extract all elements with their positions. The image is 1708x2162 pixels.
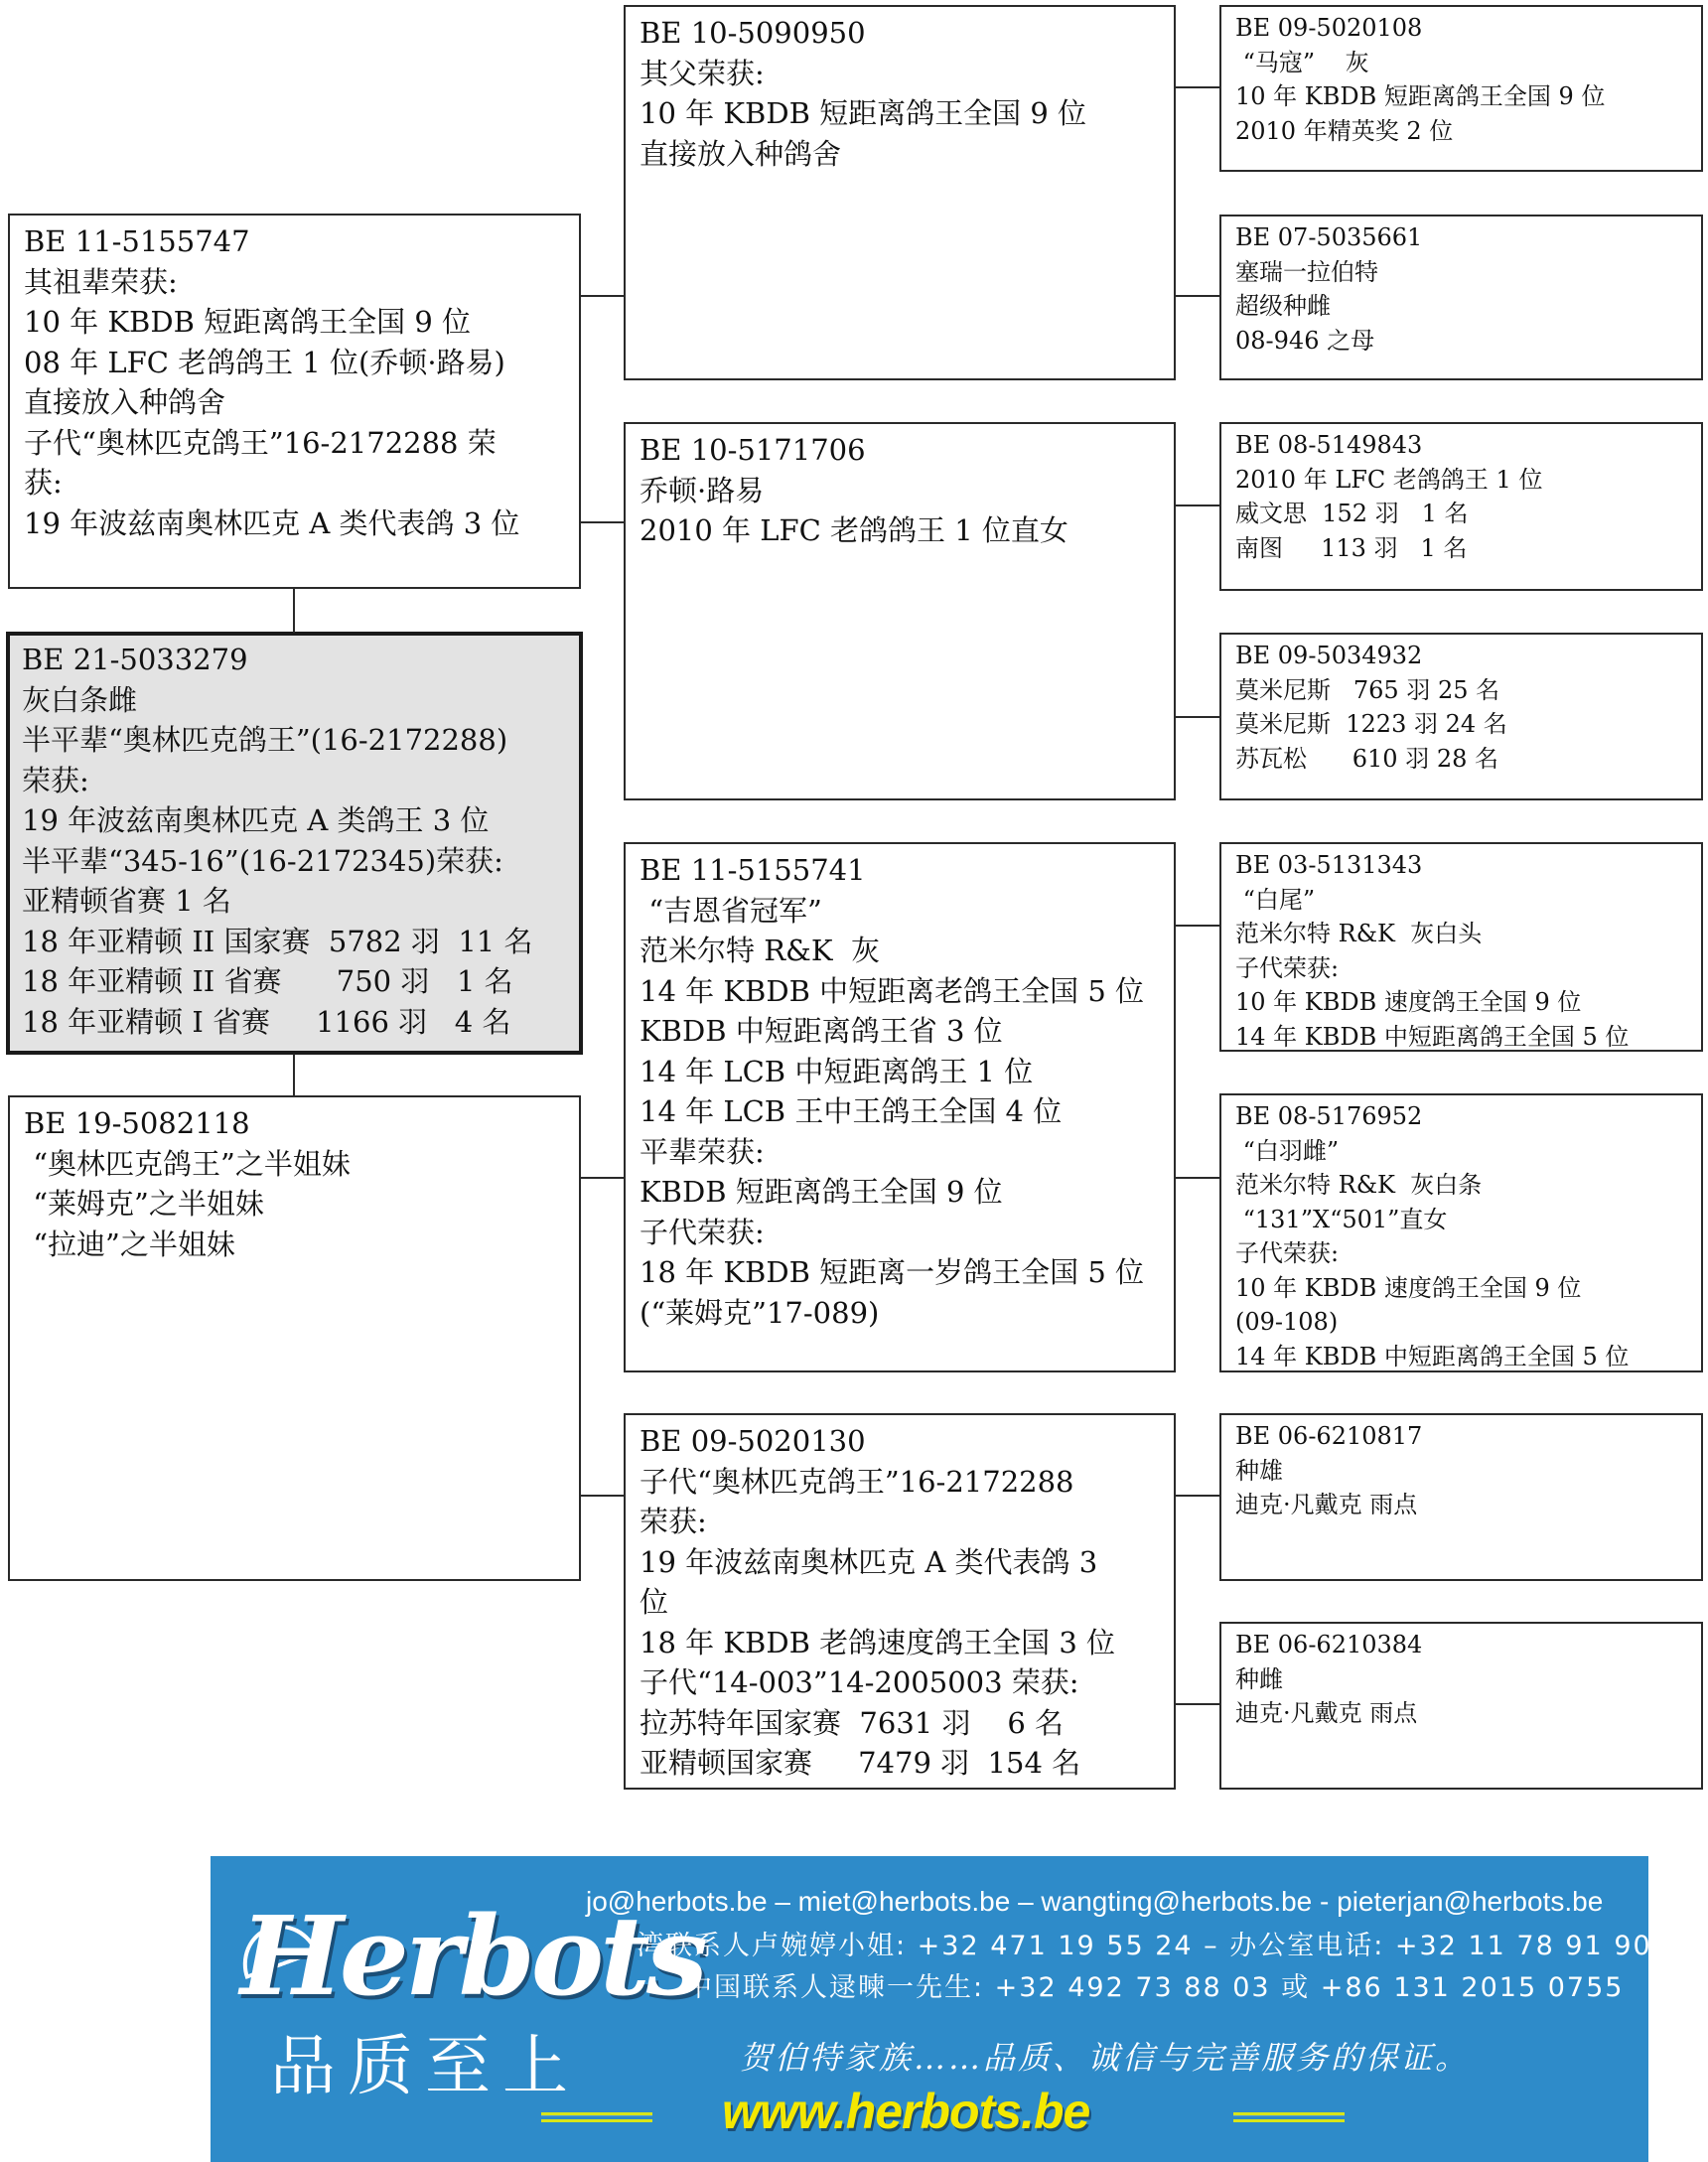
pedigree-line: 范米尔特 R&K 灰白条 [1235, 1168, 1701, 1203]
ring-number: BE 06-6210817 [1235, 1419, 1701, 1454]
decorative-lines-left [541, 2112, 652, 2122]
pedigree-line: 14 年 KBDB 中短距离鸽王全国 5 位 [1235, 1020, 1701, 1055]
pedigree-line: 荣获: [22, 761, 579, 801]
pedigree-line: 直接放入种鸽舍 [640, 134, 1174, 175]
pedigree-line: 范米尔特 R&K 灰 [640, 931, 1174, 971]
pedigree-line: 18 年亚精顿 I 省赛 1166 羽 4 名 [22, 1002, 579, 1043]
connector-gp1-ggp1 [1176, 86, 1219, 88]
pedigree-line: 荣获: [640, 1502, 1174, 1542]
pedigree-line: 14 年 LCB 中短距离鸽王 1 位 [640, 1052, 1174, 1092]
connector-gp4-ggp8 [1176, 1703, 1219, 1705]
pedigree-line: 子代荣获: [640, 1213, 1174, 1253]
great-grandparent-box-2: BE 07-5035661塞瑞一拉伯特超级种雌08-946 之母 [1219, 215, 1703, 380]
pedigree-line: 18 年 KBDB 老鸽速度鸽王全国 3 位 [640, 1623, 1174, 1663]
ring-number: BE 19-5082118 [24, 1103, 579, 1144]
pedigree-line: 2010 年 LFC 老鸽鸽王 1 位直女 [640, 510, 1174, 551]
pedigree-line: “马寇” 灰 [1235, 46, 1701, 80]
pedigree-line: 10 年 KBDB 速度鸽王全国 9 位 [1235, 1271, 1701, 1306]
pedigree-line: 灰白条雌 [22, 680, 579, 721]
pedigree-line: “吉恩省冠军” [640, 891, 1174, 932]
pedigree-line: 18 年 KBDB 短距离一岁鸽王全国 5 位 [640, 1252, 1174, 1293]
pedigree-line: 种雄 [1235, 1454, 1701, 1489]
pedigree-line: 其祖辈荣获: [24, 262, 579, 303]
great-grandparent-box-1: BE 09-5020108 “马寇” 灰10 年 KBDB 短距离鸽王全国 9 … [1219, 5, 1703, 172]
pedigree-line: 亚精顿国家赛 7479 羽 154 名 [640, 1743, 1174, 1784]
connector-dam-gp3 [581, 1177, 624, 1179]
pedigree-line: KBDB 中短距离鸽王省 3 位 [640, 1011, 1174, 1052]
connector-dam-gp4 [581, 1495, 624, 1497]
pedigree-line: 19 年波兹南奥林匹克 A 类代表鸽 3 [640, 1542, 1174, 1583]
grandparent-box-3: BE 11-5155741 “吉恩省冠军”范米尔特 R&K 灰14 年 KBDB… [624, 842, 1176, 1372]
connector-gp4-ggp7 [1176, 1495, 1219, 1497]
decorative-lines-right [1233, 2112, 1345, 2122]
pedigree-line: 平辈荣获: [640, 1132, 1174, 1173]
pedigree-line: 19 年波兹南奥林匹克 A 类鸽王 3 位 [22, 800, 579, 841]
great-grandparent-box-7: BE 06-6210817种雄迪克·凡戴克 雨点 [1219, 1413, 1703, 1581]
taiwan-contact: 台湾联系人卢婉婷小姐: +32 471 19 55 24 – 办公室电话: +3… [608, 1924, 1648, 1962]
pedigree-line: “莱姆克”之半姐妹 [24, 1184, 579, 1225]
pedigree-line: 塞瑞一拉伯特 [1235, 255, 1701, 290]
connector-gp2-ggp4 [1176, 716, 1219, 718]
pedigree-line: 威文思 152 羽 1 名 [1235, 497, 1701, 531]
contact-emails[interactable]: jo@herbots.be – miet@herbots.be – wangti… [586, 1886, 1603, 1918]
great-grandparent-box-4: BE 09-5034932莫米尼斯 765 羽 25 名莫米尼斯 1223 羽 … [1219, 633, 1703, 800]
website-link[interactable]: www.herbots.be [722, 2083, 1089, 2140]
slogan: 品质至上 [270, 2013, 580, 2107]
pedigree-line: (“莱姆克”17-089) [640, 1293, 1174, 1334]
connector-sire-subject [293, 589, 295, 633]
ring-number: BE 03-5131343 [1235, 848, 1701, 883]
sire-box: BE 11-5155747其祖辈荣获:10 年 KBDB 短距离鸽王全国 9 位… [8, 214, 581, 589]
pedigree-line: 迪克·凡戴克 雨点 [1235, 1488, 1701, 1522]
ring-number: BE 11-5155741 [640, 850, 1174, 891]
grandparent-box-4: BE 09-5020130子代“奥林匹克鸽王”16-2172288荣获:19 年… [624, 1413, 1176, 1790]
pedigree-line: 获: [24, 463, 579, 504]
pedigree-line: 子代“奥林匹克鸽王”16-2172288 [640, 1462, 1174, 1503]
pedigree-line: KBDB 短距离鸽王全国 9 位 [640, 1172, 1174, 1213]
pedigree-line: 超级种雌 [1235, 289, 1701, 324]
connector-gp3-ggp6 [1176, 1177, 1219, 1179]
tagline: 贺伯特家族……品质、诚信与完善服务的保证。 [740, 2033, 1470, 2079]
pedigree-line: 亚精顿省赛 1 名 [22, 881, 579, 922]
pedigree-line: 10 年 KBDB 速度鸽王全国 9 位 [1235, 985, 1701, 1020]
herbots-banner: Herbots 品质至上 jo@herbots.be – miet@herbot… [211, 1856, 1648, 2162]
subject-pigeon-box: BE 21-5033279灰白条雌半平辈“奥林匹克鸽王”(16-2172288)… [6, 632, 583, 1055]
ring-number: BE 09-5034932 [1235, 639, 1701, 673]
ring-number: BE 10-5090950 [640, 13, 1174, 54]
pedigree-line: 迪克·凡戴克 雨点 [1235, 1696, 1701, 1731]
dam-box: BE 19-5082118 “奥林匹克鸽王”之半姐妹 “莱姆克”之半姐妹 “拉迪… [8, 1095, 581, 1581]
pedigree-line: 范米尔特 R&K 灰白头 [1235, 917, 1701, 951]
pedigree-line: 10 年 KBDB 短距离鸽王全国 9 位 [1235, 79, 1701, 114]
pedigree-line: (09-108) [1235, 1305, 1701, 1340]
pedigree-line: 拉苏特年国家赛 7631 羽 6 名 [640, 1703, 1174, 1744]
pedigree-line: 18 年亚精顿 II 国家赛 5782 羽 11 名 [22, 922, 579, 962]
ring-number: BE 08-5176952 [1235, 1099, 1701, 1134]
pedigree-line: 10 年 KBDB 短距离鸽王全国 9 位 [24, 302, 579, 343]
pedigree-line: 08-946 之母 [1235, 324, 1701, 359]
pedigree-line: 14 年 LCB 王中王鸽王全国 4 位 [640, 1091, 1174, 1132]
pedigree-line: 其父荣获: [640, 54, 1174, 94]
pedigree-line: 莫米尼斯 1223 羽 24 名 [1235, 707, 1701, 742]
ring-number: BE 08-5149843 [1235, 428, 1701, 463]
pedigree-line: “拉迪”之半姐妹 [24, 1225, 579, 1265]
pedigree-line: 子代荣获: [1235, 951, 1701, 986]
pedigree-line: 南图 113 羽 1 名 [1235, 531, 1701, 566]
ring-number: BE 07-5035661 [1235, 220, 1701, 255]
pedigree-line: 19 年波兹南奥林匹克 A 类代表鸽 3 位 [24, 504, 579, 544]
pedigree-line: 18 年亚精顿 II 省赛 750 羽 1 名 [22, 961, 579, 1002]
pedigree-line: 2010 年精英奖 2 位 [1235, 114, 1701, 149]
china-contact: 中国联系人逯暕一先生: +32 492 73 88 03 或 +86 131 2… [685, 1965, 1624, 2004]
grandparent-box-2: BE 10-5171706乔顿·路易2010 年 LFC 老鸽鸽王 1 位直女 [624, 422, 1176, 800]
connector-sire-gp1 [581, 295, 624, 297]
pedigree-line: 子代“奥林匹克鸽王”16-2172288 荣 [24, 423, 579, 464]
pedigree-line: 半平辈“奥林匹克鸽王”(16-2172288) [22, 720, 579, 761]
ring-number: BE 06-6210384 [1235, 1628, 1701, 1662]
pedigree-line: “奥林匹克鸽王”之半姐妹 [24, 1144, 579, 1185]
pedigree-line: “白羽雌” [1235, 1134, 1701, 1169]
pedigree-line: 08 年 LFC 老鸽鸽王 1 位(乔顿·路易) [24, 343, 579, 383]
pedigree-line: 苏瓦松 610 羽 28 名 [1235, 742, 1701, 777]
ring-number: BE 09-5020108 [1235, 11, 1701, 46]
pedigree-line: 子代“14-003”14-2005003 荣获: [640, 1662, 1174, 1703]
pedigree-line: 位 [640, 1582, 1174, 1623]
connector-gp2-ggp3 [1176, 504, 1219, 506]
great-grandparent-box-6: BE 08-5176952 “白羽雌”范米尔特 R&K 灰白条 “131”X“5… [1219, 1093, 1703, 1372]
ring-number: BE 09-5020130 [640, 1421, 1174, 1462]
pedigree-line: 直接放入种鸽舍 [24, 382, 579, 423]
connector-gp3-ggp5 [1176, 925, 1219, 927]
grandparent-box-1: BE 10-5090950其父荣获:10 年 KBDB 短距离鸽王全国 9 位直… [624, 5, 1176, 380]
pedigree-line: 半平辈“345-16”(16-2172345)荣获: [22, 841, 579, 882]
ring-number: BE 21-5033279 [22, 640, 579, 680]
great-grandparent-box-8: BE 06-6210384种雌迪克·凡戴克 雨点 [1219, 1622, 1703, 1790]
connector-sire-gp2 [581, 521, 624, 523]
ring-number: BE 10-5171706 [640, 430, 1174, 471]
pedigree-line: 14 年 KBDB 中短距离鸽王全国 5 位 [1235, 1340, 1701, 1374]
pedigree-line: 子代荣获: [1235, 1236, 1701, 1271]
pedigree-line: 乔顿·路易 [640, 471, 1174, 511]
pedigree-line: “白尾” [1235, 883, 1701, 918]
great-grandparent-box-5: BE 03-5131343 “白尾”范米尔特 R&K 灰白头子代荣获:10 年 … [1219, 842, 1703, 1052]
pedigree-line: “131”X“501”直女 [1235, 1203, 1701, 1237]
connector-subject-dam [293, 1054, 295, 1095]
pedigree-line: 10 年 KBDB 短距离鸽王全国 9 位 [640, 93, 1174, 134]
pedigree-line: 14 年 KBDB 中短距离老鸽王全国 5 位 [640, 971, 1174, 1012]
pedigree-line: 莫米尼斯 765 羽 25 名 [1235, 673, 1701, 708]
pedigree-line: 种雌 [1235, 1662, 1701, 1697]
great-grandparent-box-3: BE 08-51498432010 年 LFC 老鸽鸽王 1 位威文思 152 … [1219, 422, 1703, 591]
connector-gp1-ggp2 [1176, 295, 1219, 297]
pedigree-line: 2010 年 LFC 老鸽鸽王 1 位 [1235, 463, 1701, 498]
ring-number: BE 11-5155747 [24, 221, 579, 262]
